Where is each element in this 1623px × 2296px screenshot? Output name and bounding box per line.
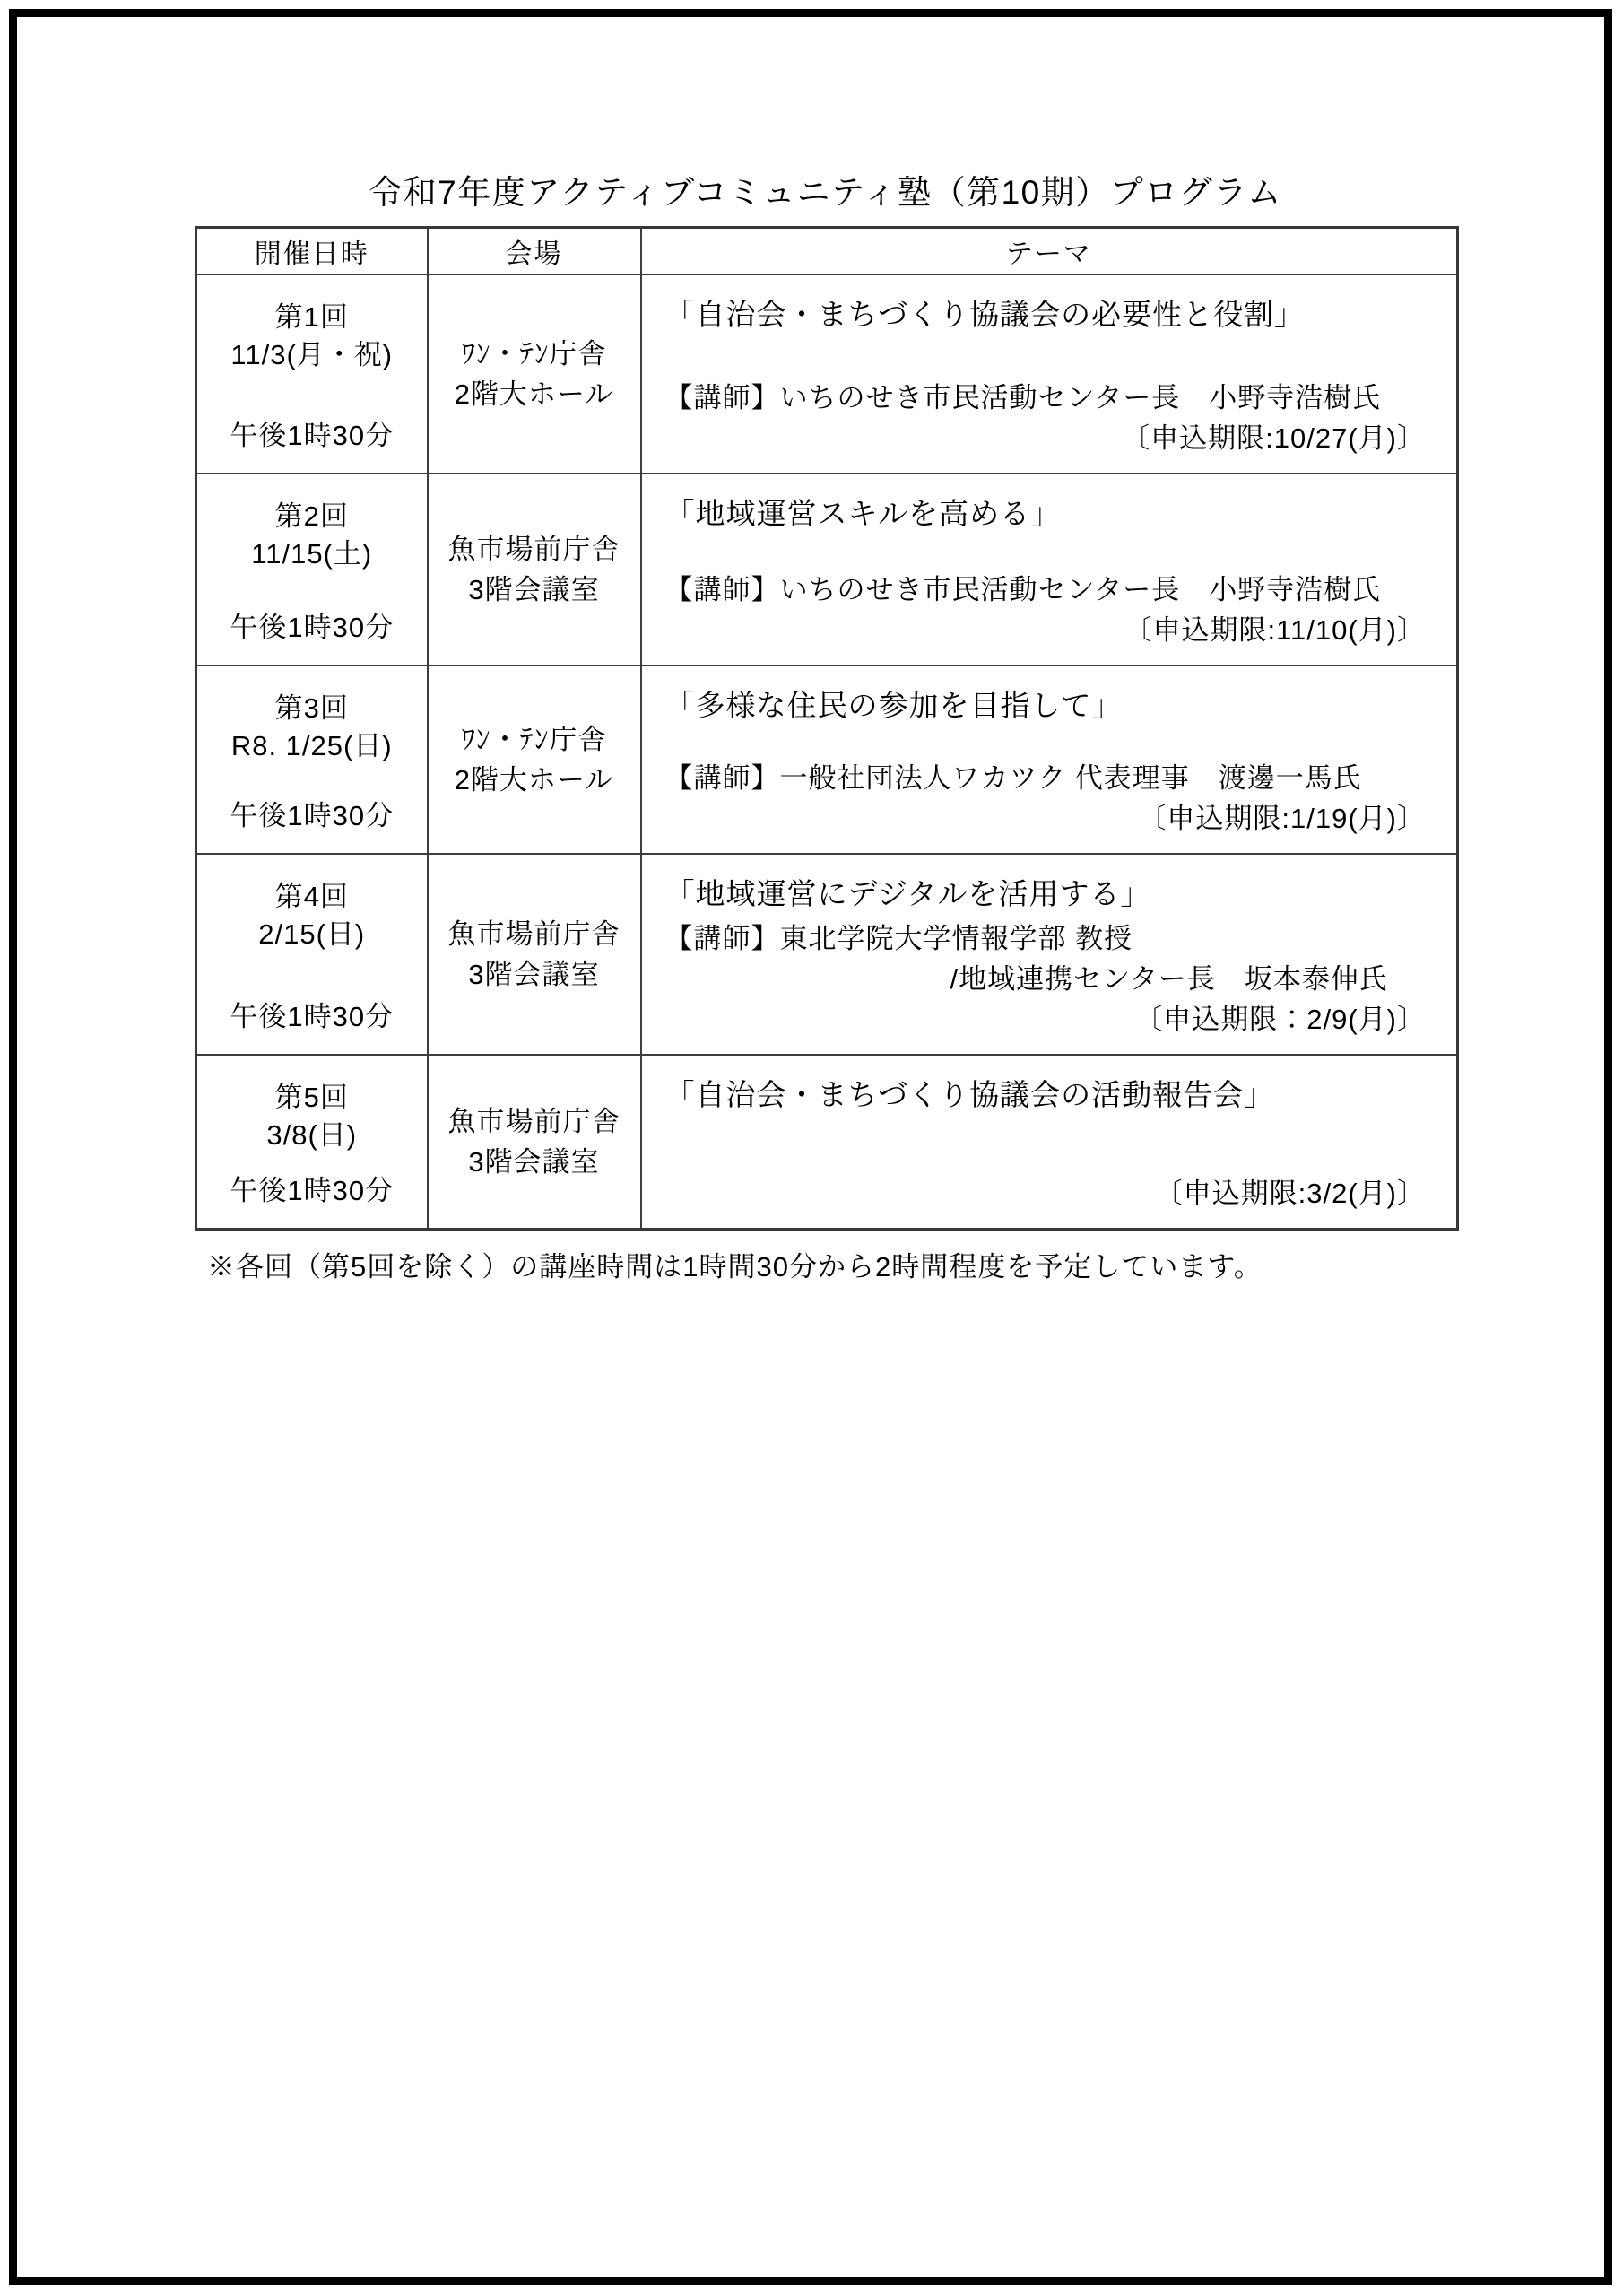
table-row-session-3: 第3回 R8. 1/25(日) 午後1時30分 ﾜﾝ・ﾃﾝ庁舎 2階大ホール [196,665,1458,854]
theme-title: 「多様な住民の参加を目指して」 [665,686,1430,726]
venue-line-1: 魚市場前庁舎 [448,1101,621,1142]
venue-line-2: 2階大ホール [455,374,614,414]
lecturer-line: 【講師】一般社団法人ワカツク 代表理事 渡邊一馬氏 [665,758,1430,798]
session-date: R8. 1/25(日) [231,727,393,765]
session-date: 2/15(日) [258,916,365,953]
venue-cell: ﾜﾝ・ﾃﾝ庁舎 2階大ホール [428,274,641,474]
session-time: 午後1時30分 [230,1172,394,1210]
datetime-cell: 第4回 2/15(日) 午後1時30分 [196,854,428,1055]
venue-cell: 魚市場前庁舎 3階会議室 [428,854,641,1055]
session-time: 午後1時30分 [230,417,394,455]
program-schedule-table: 開催日時 会場 テーマ 第1回 11/3(月・祝) 午後1時30分 [195,226,1459,1231]
venue-line-1: 魚市場前庁舎 [448,914,621,954]
lecturer-line: 【講師】いちのせき市民活動センター長 小野寺浩樹氏 [665,378,1430,418]
datetime-cell: 第5回 3/8(日) 午後1時30分 [196,1055,428,1230]
session-time: 午後1時30分 [230,609,394,647]
venue-line-2: 2階大ホール [455,760,614,800]
column-header-datetime: 開催日時 [196,228,428,275]
application-deadline: 〔申込期限：2/9(月)〕 [665,999,1430,1039]
application-deadline: 〔申込期限:11/10(月)〕 [665,610,1430,650]
session-number: 第3回 [231,690,393,727]
lecturer-line: 【講師】いちのせき市民活動センター長 小野寺浩樹氏 [665,570,1430,610]
application-deadline: 〔申込期限:3/2(月)〕 [665,1173,1430,1213]
table-row-session-5: 第5回 3/8(日) 午後1時30分 魚市場前庁舎 3階会議室 [196,1055,1458,1230]
theme-cell: 「多様な住民の参加を目指して」 【講師】一般社団法人ワカツク 代表理事 渡邊一馬… [641,665,1458,854]
spacer [665,534,1430,570]
table-row-session-2: 第2回 11/15(土) 午後1時30分 魚市場前庁舎 3階会議室 [196,474,1458,665]
theme-cell: 「地域運営にデジタルを活用する」 【講師】東北学院大学情報学部 教授 /地域連携… [641,854,1458,1055]
theme-cell: 「自治会・まちづくり協議会の活動報告会」 〔申込期限:3/2(月)〕 [641,1055,1458,1230]
session-date-block: 第2回 11/15(土) [251,498,372,573]
datetime-cell: 第3回 R8. 1/25(日) 午後1時30分 [196,665,428,854]
venue-line-1: ﾜﾝ・ﾃﾝ庁舎 [462,719,607,760]
theme-title: 「地域運営スキルを高める」 [665,494,1430,534]
lecturer-line-1: 【講師】東北学院大学情報学部 教授 [665,918,1430,959]
session-date-block: 第1回 11/3(月・祝) [230,299,393,374]
theme-title: 「自治会・まちづくり協議会の必要性と役割」 [665,295,1430,335]
session-date-block: 第3回 R8. 1/25(日) [231,690,393,765]
datetime-cell: 第1回 11/3(月・祝) 午後1時30分 [196,274,428,474]
session-date-block: 第5回 3/8(日) [266,1079,357,1154]
spacer [665,726,1430,758]
venue-line-2: 3階会議室 [468,954,599,995]
theme-cell: 「地域運営スキルを高める」 【講師】いちのせき市民活動センター長 小野寺浩樹氏 … [641,474,1458,665]
lecturer-line-2: /地域連携センター長 坂本泰伸氏 [665,959,1430,999]
page-title: 令和7年度アクティブコミュニティ塾（第10期）プログラム [195,165,1456,213]
table-header-row: 開催日時 会場 テーマ [196,228,1458,275]
document-page: 令和7年度アクティブコミュニティ塾（第10期）プログラム 開催日時 会場 テーマ [0,0,1623,2296]
session-date: 11/3(月・祝) [230,336,393,374]
venue-line-2: 3階会議室 [468,1142,599,1182]
column-header-theme: テーマ [641,228,1458,275]
theme-cell: 「自治会・まちづくり協議会の必要性と役割」 【講師】いちのせき市民活動センター長… [641,274,1458,474]
session-number: 第4回 [258,878,365,916]
datetime-cell: 第2回 11/15(土) 午後1時30分 [196,474,428,665]
venue-line-1: 魚市場前庁舎 [448,529,621,570]
theme-title: 「地域運営にデジタルを活用する」 [665,874,1430,914]
program-content: 令和7年度アクティブコミュニティ塾（第10期）プログラム 開催日時 会場 テーマ [195,165,1456,1284]
table-row-session-1: 第1回 11/3(月・祝) 午後1時30分 ﾜﾝ・ﾃﾝ庁舎 2階大ホール [196,274,1458,474]
venue-line-1: ﾜﾝ・ﾃﾝ庁舎 [462,334,607,374]
session-number: 第5回 [266,1079,357,1117]
application-deadline: 〔申込期限:1/19(月)〕 [665,798,1430,839]
session-number: 第1回 [230,299,393,336]
session-date: 11/15(土) [251,535,372,573]
venue-line-2: 3階会議室 [468,570,599,610]
column-header-venue: 会場 [428,228,641,275]
spacer [665,1115,1430,1173]
table-row-session-4: 第4回 2/15(日) 午後1時30分 魚市場前庁舎 3階会議室 [196,854,1458,1055]
spacer [665,335,1430,378]
venue-cell: 魚市場前庁舎 3階会議室 [428,474,641,665]
session-date: 3/8(日) [266,1117,357,1154]
session-number: 第2回 [251,498,372,535]
footnote-text: ※各回（第5回を除く）の講座時間は1時間30分から2時間程度を予定しています。 [207,1244,1456,1284]
session-time: 午後1時30分 [230,797,394,835]
session-time: 午後1時30分 [230,998,394,1036]
application-deadline: 〔申込期限:10/27(月)〕 [665,418,1430,458]
venue-cell: ﾜﾝ・ﾃﾝ庁舎 2階大ホール [428,665,641,854]
session-date-block: 第4回 2/15(日) [258,878,365,953]
theme-title: 「自治会・まちづくり協議会の活動報告会」 [665,1075,1430,1115]
venue-cell: 魚市場前庁舎 3階会議室 [428,1055,641,1230]
